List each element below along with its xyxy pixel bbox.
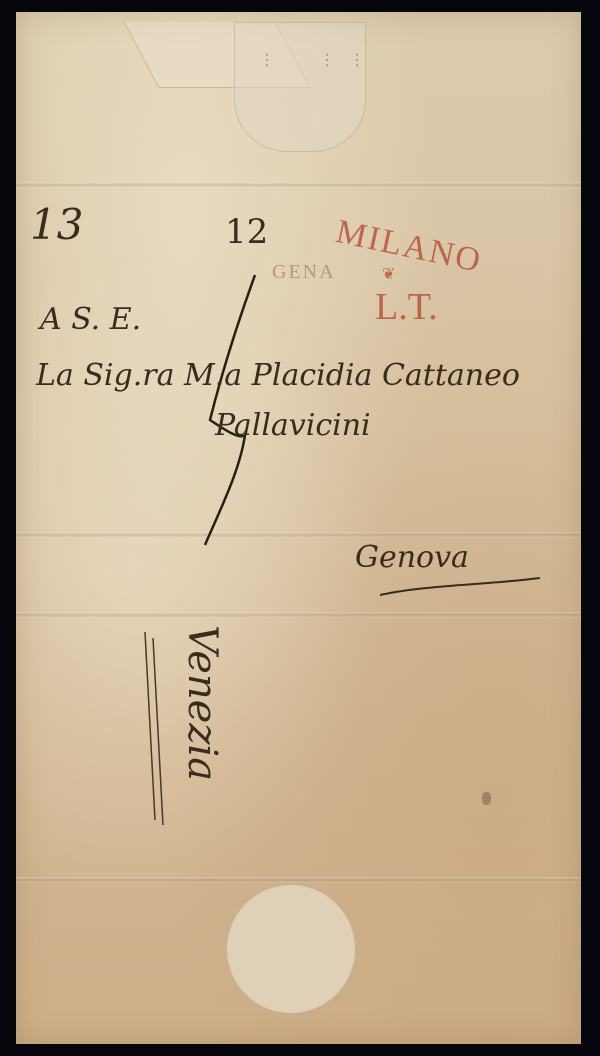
routing-venezia: Venezia — [179, 625, 225, 781]
reverse-writing-1: … — [262, 52, 281, 68]
rate-mark-left: 13 — [30, 200, 83, 249]
address-line-2: Pallavicini — [215, 408, 371, 443]
routing-double-line — [140, 630, 170, 830]
postmark-faint: GENA — [272, 261, 336, 284]
paper-hole — [482, 792, 491, 805]
letter-cover: … … … — [16, 12, 581, 1044]
reverse-writing-3: … — [352, 52, 371, 68]
fold-line — [16, 877, 581, 883]
address-line-1: La Sig.ra M.a Placidia Cattaneo — [36, 358, 520, 393]
fold-line — [16, 612, 581, 618]
postmark-ornament: ❦ — [382, 264, 395, 284]
wax-seal-remnant-bottom — [226, 884, 356, 1014]
address-honorific: A S. E. — [40, 302, 141, 337]
postmark-lt: L.T. — [375, 285, 438, 329]
wax-seal-remnant-top — [234, 22, 366, 152]
fold-line — [16, 182, 581, 188]
city-underline — [375, 570, 545, 600]
fold-line — [16, 532, 581, 538]
rate-mark-top: 12 — [225, 212, 268, 252]
reverse-writing-2: … — [322, 52, 341, 68]
